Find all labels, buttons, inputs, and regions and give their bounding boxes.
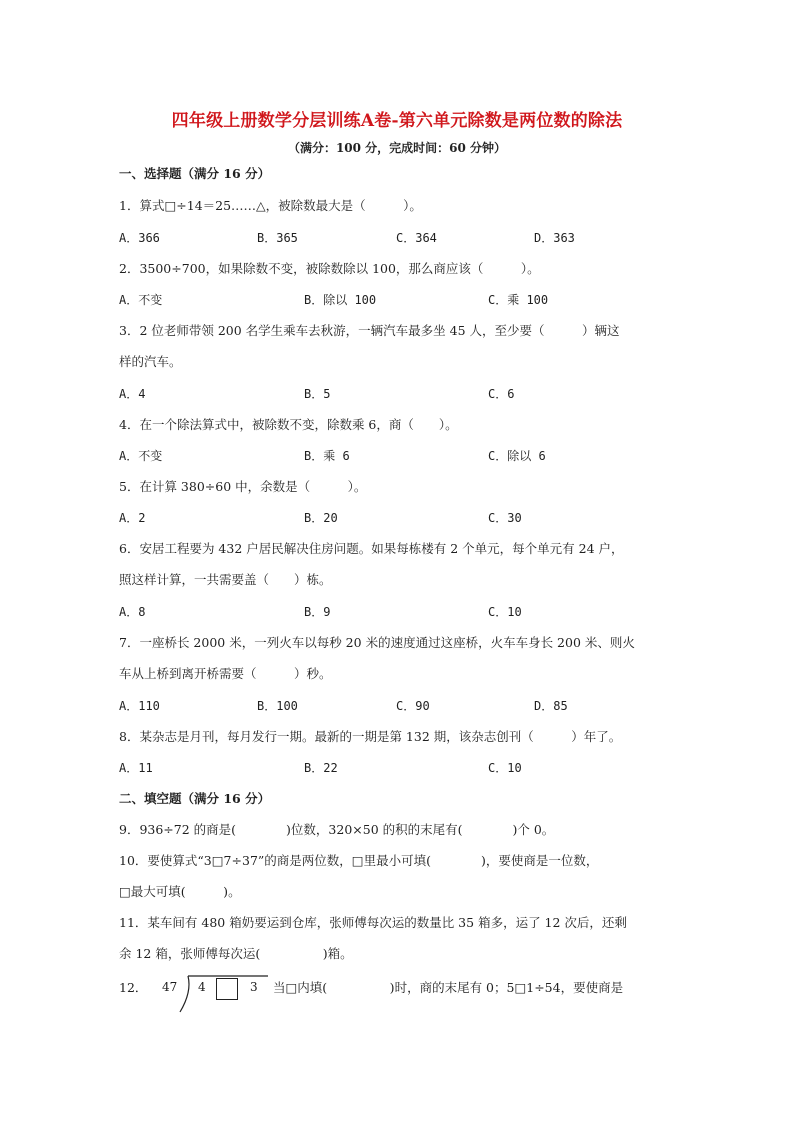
page-subtitle: （满分：100 分，完成时间：60 分钟） [0,139,794,156]
question-text: 算式□÷14＝25……△，被除数最大是（ ）。 [139,198,421,213]
question-11-continued: 余 12 箱，张师傅每次运( )箱。 [119,946,353,962]
question-8: 8．某杂志是月刊，每月发行一期。最新的一期是第 132 期，该杂志创刊（ ）年了… [119,729,621,745]
question-text: 某杂志是月刊，每月发行一期。最新的一期是第 132 期，该杂志创刊（ ）年了。 [139,729,621,744]
question-number: 8． [119,729,139,744]
blank-box[interactable] [216,978,238,1000]
question-number: 5． [119,479,139,494]
option-c[interactable]: C．6 [488,386,514,402]
option-c[interactable]: C．10 [488,760,522,776]
option-c[interactable]: C．90 [396,698,430,714]
question-number: 10． [119,853,147,868]
dividend-digit-1: 4 [198,980,206,994]
option-a[interactable]: A．4 [119,386,145,402]
option-c[interactable]: C．乘 100 [488,292,548,308]
question-12-text: 当□内填( )时，商的末尾有 0；5□1÷54，要使商是 [273,980,623,996]
question-text: 一座桥长 2000 米，一列火车以每秒 20 米的速度通过这座桥，火车车身长 2… [139,635,634,650]
question-number: 11． [119,915,147,930]
question-6: 6．安居工程要为 432 户居民解决住房问题。如果每栋楼有 2 个单元，每个单元… [119,541,624,557]
option-b[interactable]: B．除以 100 [304,292,376,308]
question-text: 要使算式“3□7÷37”的商是两位数，□里最小可填( )，要使商是一位数， [147,853,598,868]
question-6-continued: 照这样计算，一共需要盖（ ）栋。 [119,572,332,588]
section-heading-fill: 二、填空题（满分 16 分） [119,791,270,807]
option-b[interactable]: B．22 [304,760,338,776]
question-text: 安居工程要为 432 户居民解决住房问题。如果每栋楼有 2 个单元，每个单元有 … [139,541,623,556]
question-text: 936÷72 的商是( )位数，320×50 的积的末尾有( )个 0。 [139,822,554,837]
question-3-continued: 样的汽车。 [119,354,182,370]
option-a[interactable]: A．不变 [119,448,162,464]
question-3: 3．2 位老师带领 200 名学生乘车去秋游，一辆汽车最多坐 45 人，至少要（… [119,323,620,339]
question-text: 某车间有 480 箱奶要运到仓库，张师傅每次运的数量比 35 箱多，运了 12 … [147,915,627,930]
question-text: 在计算 380÷60 中，余数是（ ）。 [139,479,366,494]
option-a[interactable]: A．2 [119,510,145,526]
question-7: 7．一座桥长 2000 米，一列火车以每秒 20 米的速度通过这座桥，火车车身长… [119,635,635,651]
option-c[interactable]: C．364 [396,230,437,246]
question-number: 9． [119,822,139,837]
question-text: 在一个除法算式中，被除数不变，除数乘 6，商（ ）。 [139,417,457,432]
option-b[interactable]: B．100 [257,698,298,714]
question-number: 6． [119,541,139,556]
question-number: 3． [119,323,139,338]
option-c[interactable]: C．除以 6 [488,448,546,464]
option-a[interactable]: A．11 [119,760,153,776]
question-number: 1． [119,198,139,213]
page-title: 四年级上册数学分层训练A卷-第六单元除数是两位数的除法 [0,106,794,131]
question-9: 9．936÷72 的商是( )位数，320×50 的积的末尾有( )个 0。 [119,822,554,838]
question-4: 4．在一个除法算式中，被除数不变，除数乘 6，商（ ）。 [119,417,458,433]
option-a[interactable]: A．不变 [119,292,162,308]
question-2: 2．3500÷700，如果除数不变，被除数除以 100，那么商应该（ ）。 [119,261,540,277]
option-a[interactable]: A．110 [119,698,160,714]
question-number: 4． [119,417,139,432]
question-11: 11．某车间有 480 箱奶要运到仓库，张师傅每次运的数量比 35 箱多，运了 … [119,915,627,931]
exam-page: 四年级上册数学分层训练A卷-第六单元除数是两位数的除法 （满分：100 分，完成… [0,0,794,1123]
question-5: 5．在计算 380÷60 中，余数是（ ）。 [119,479,366,495]
question-number: 2． [119,261,139,276]
option-b[interactable]: B．9 [304,604,330,620]
option-c[interactable]: C．30 [488,510,522,526]
question-1: 1．算式□÷14＝25……△，被除数最大是（ ）。 [119,198,422,214]
question-text: 2 位老师带领 200 名学生乘车去秋游，一辆汽车最多坐 45 人，至少要（ ）… [139,323,619,338]
divisor: 47 [162,980,177,994]
question-10: 10．要使算式“3□7÷37”的商是两位数，□里最小可填( )，要使商是一位数， [119,853,598,869]
question-10-continued: □最大可填( )。 [119,884,241,900]
option-b[interactable]: B．乘 6 [304,448,350,464]
option-d[interactable]: D．85 [534,698,568,714]
option-b[interactable]: B．20 [304,510,338,526]
option-b[interactable]: B．365 [257,230,298,246]
question-12-number: 12． [119,980,147,996]
option-c[interactable]: C．10 [488,604,522,620]
option-d[interactable]: D．363 [534,230,575,246]
option-a[interactable]: A．8 [119,604,145,620]
question-text: 3500÷700，如果除数不变，被除数除以 100，那么商应该（ ）。 [139,261,539,276]
section-heading-choice: 一、选择题（满分 16 分） [119,166,270,182]
question-7-continued: 车从上桥到离开桥需要（ ）秒。 [119,666,332,682]
question-number: 7． [119,635,139,650]
long-division-figure: 47 4 3 [158,972,268,1018]
option-b[interactable]: B．5 [304,386,330,402]
option-a[interactable]: A．366 [119,230,160,246]
dividend-digit-3: 3 [250,980,258,994]
